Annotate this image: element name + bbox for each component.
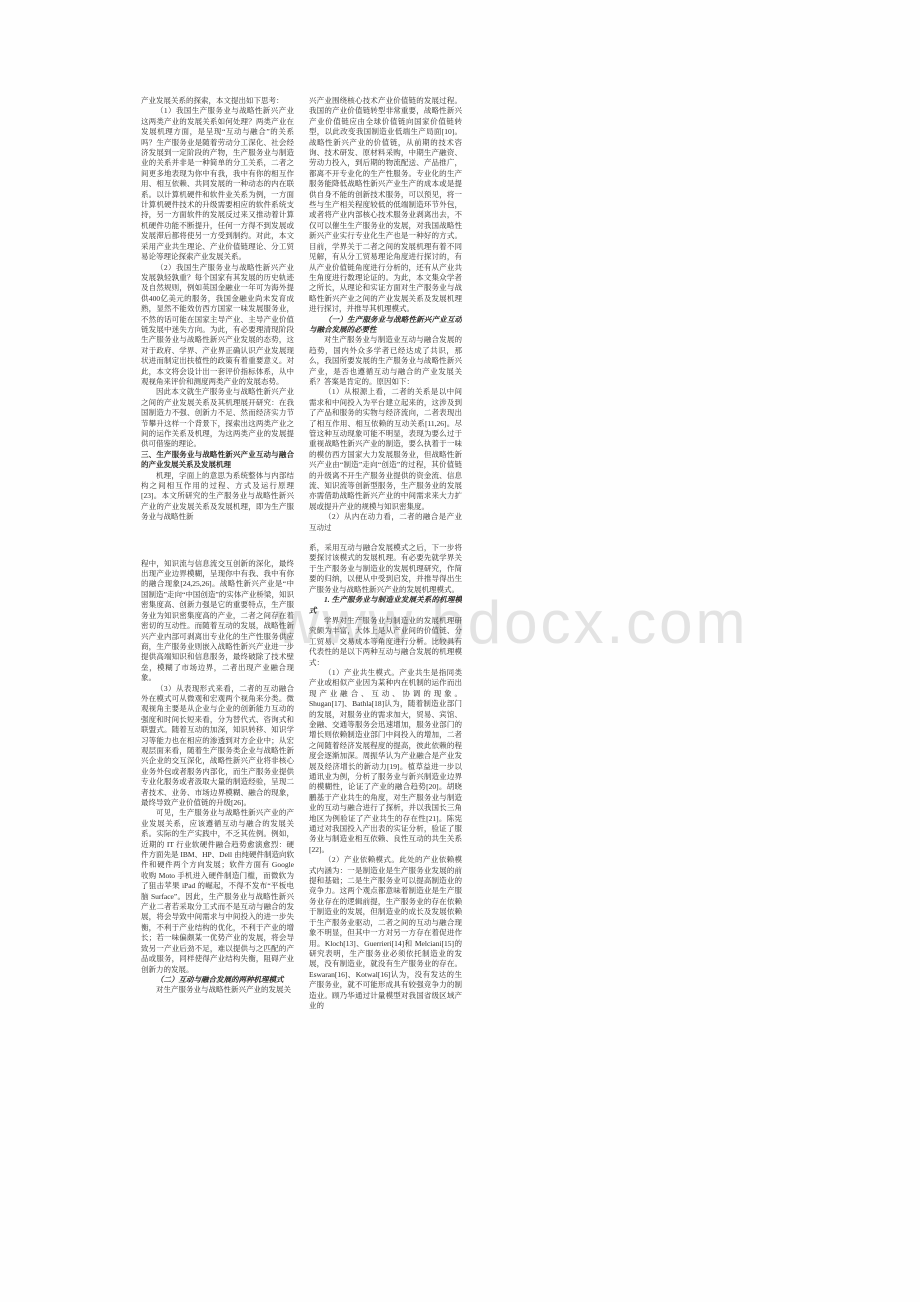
paragraph: 对生产服务业与制造业互动与融合发展的趋势，国内外众多学者已经达成了共识，那么，我… <box>309 335 462 387</box>
paragraph: 对生产服务业与战略性新兴产业的发展关 <box>141 985 294 995</box>
paragraph: （1）我国生产服务业与战略性新兴产业这两类产业的发展关系如何处理？两类产业在发展… <box>141 106 294 262</box>
paragraph: 兴产业围绕核心技术产业价值链的发展过程。我国的产业价值链转型非常重要，战略性新兴… <box>309 96 462 315</box>
section-heading: （一）生产服务业与战略性新兴产业互动与融合发展的必要性 <box>309 315 462 336</box>
paragraph: 机理，字面上的意思为系统整体与内部结构之间相互作用的过程、方式及运行原理[23]… <box>141 471 294 523</box>
paragraph: 程中，知识流与信息流交互创新的深化，最终出现产业边界模糊，呈现你中有我、我中有你… <box>141 559 294 684</box>
scanned-document-page: www.bdocx.com 产业发展关系的探索，本文提出如下思考：（1）我国生产… <box>0 0 920 1302</box>
paragraph: （1）产业共生模式。产业共生是指同类产业或相似产业因为某种内在机制的运作而出现产… <box>309 668 462 855</box>
paragraph: （2）我国生产服务业与战略性新兴产业发展孰轻孰重？每个国家有其发展的历史轨迹及自… <box>141 263 294 388</box>
paragraph: （1）从根源上看，二者的关系是以中间需求和中间投入为平台建立起来的，这涉及到了产… <box>309 387 462 512</box>
left-column: 产业发展关系的探索，本文提出如下思考：（1）我国生产服务业与战略性新兴产业这两类… <box>141 96 294 1036</box>
paragraph: 学界对生产服务业与制造业的发展机理研究颇为丰富，大体上是从产业间的价值链、分工贸… <box>309 616 462 668</box>
section-heading: 1. 生产服务业与制造业发展关系的机理模式 <box>309 595 462 616</box>
section-heading: 三、生产服务业与战略性新兴产业互动与融合的产业发展关系及发展机理 <box>141 450 294 471</box>
paragraph: 可见，生产服务业与战略性新兴产业的产业发展关系，应该遵循互动与融合的发展关系。实… <box>141 808 294 975</box>
paragraph: 系，采用互动与融合发展模式之后，下一步将要探讨该模式的发展机理。有必要先就学界关… <box>309 543 462 595</box>
column-gap <box>141 523 294 559</box>
paragraph: （3）从表现形式来看，二者的互动融合外在模式可从微观和宏观两个视角来分类。微观视… <box>141 684 294 809</box>
paragraph: 因此本文就生产服务业与战略性新兴产业之间的产业发展关系及其机理展开研究：在我国制… <box>141 387 294 449</box>
paragraph: 产业发展关系的探索，本文提出如下思考： <box>141 96 294 106</box>
section-heading: （二）互动与融合发展的两种机理模式 <box>141 975 294 985</box>
column-gap <box>309 533 462 543</box>
paragraph: （2）产业依赖模式。此处的产业依赖模式内涵为：一是制造业是生产服务业发展的前提和… <box>309 855 462 1011</box>
paragraph: （2）从内在动力看，二者的融合是产业互动过 <box>309 512 462 533</box>
right-column: 兴产业围绕核心技术产业价值链的发展过程。我国的产业价值链转型非常重要，战略性新兴… <box>309 96 462 1036</box>
